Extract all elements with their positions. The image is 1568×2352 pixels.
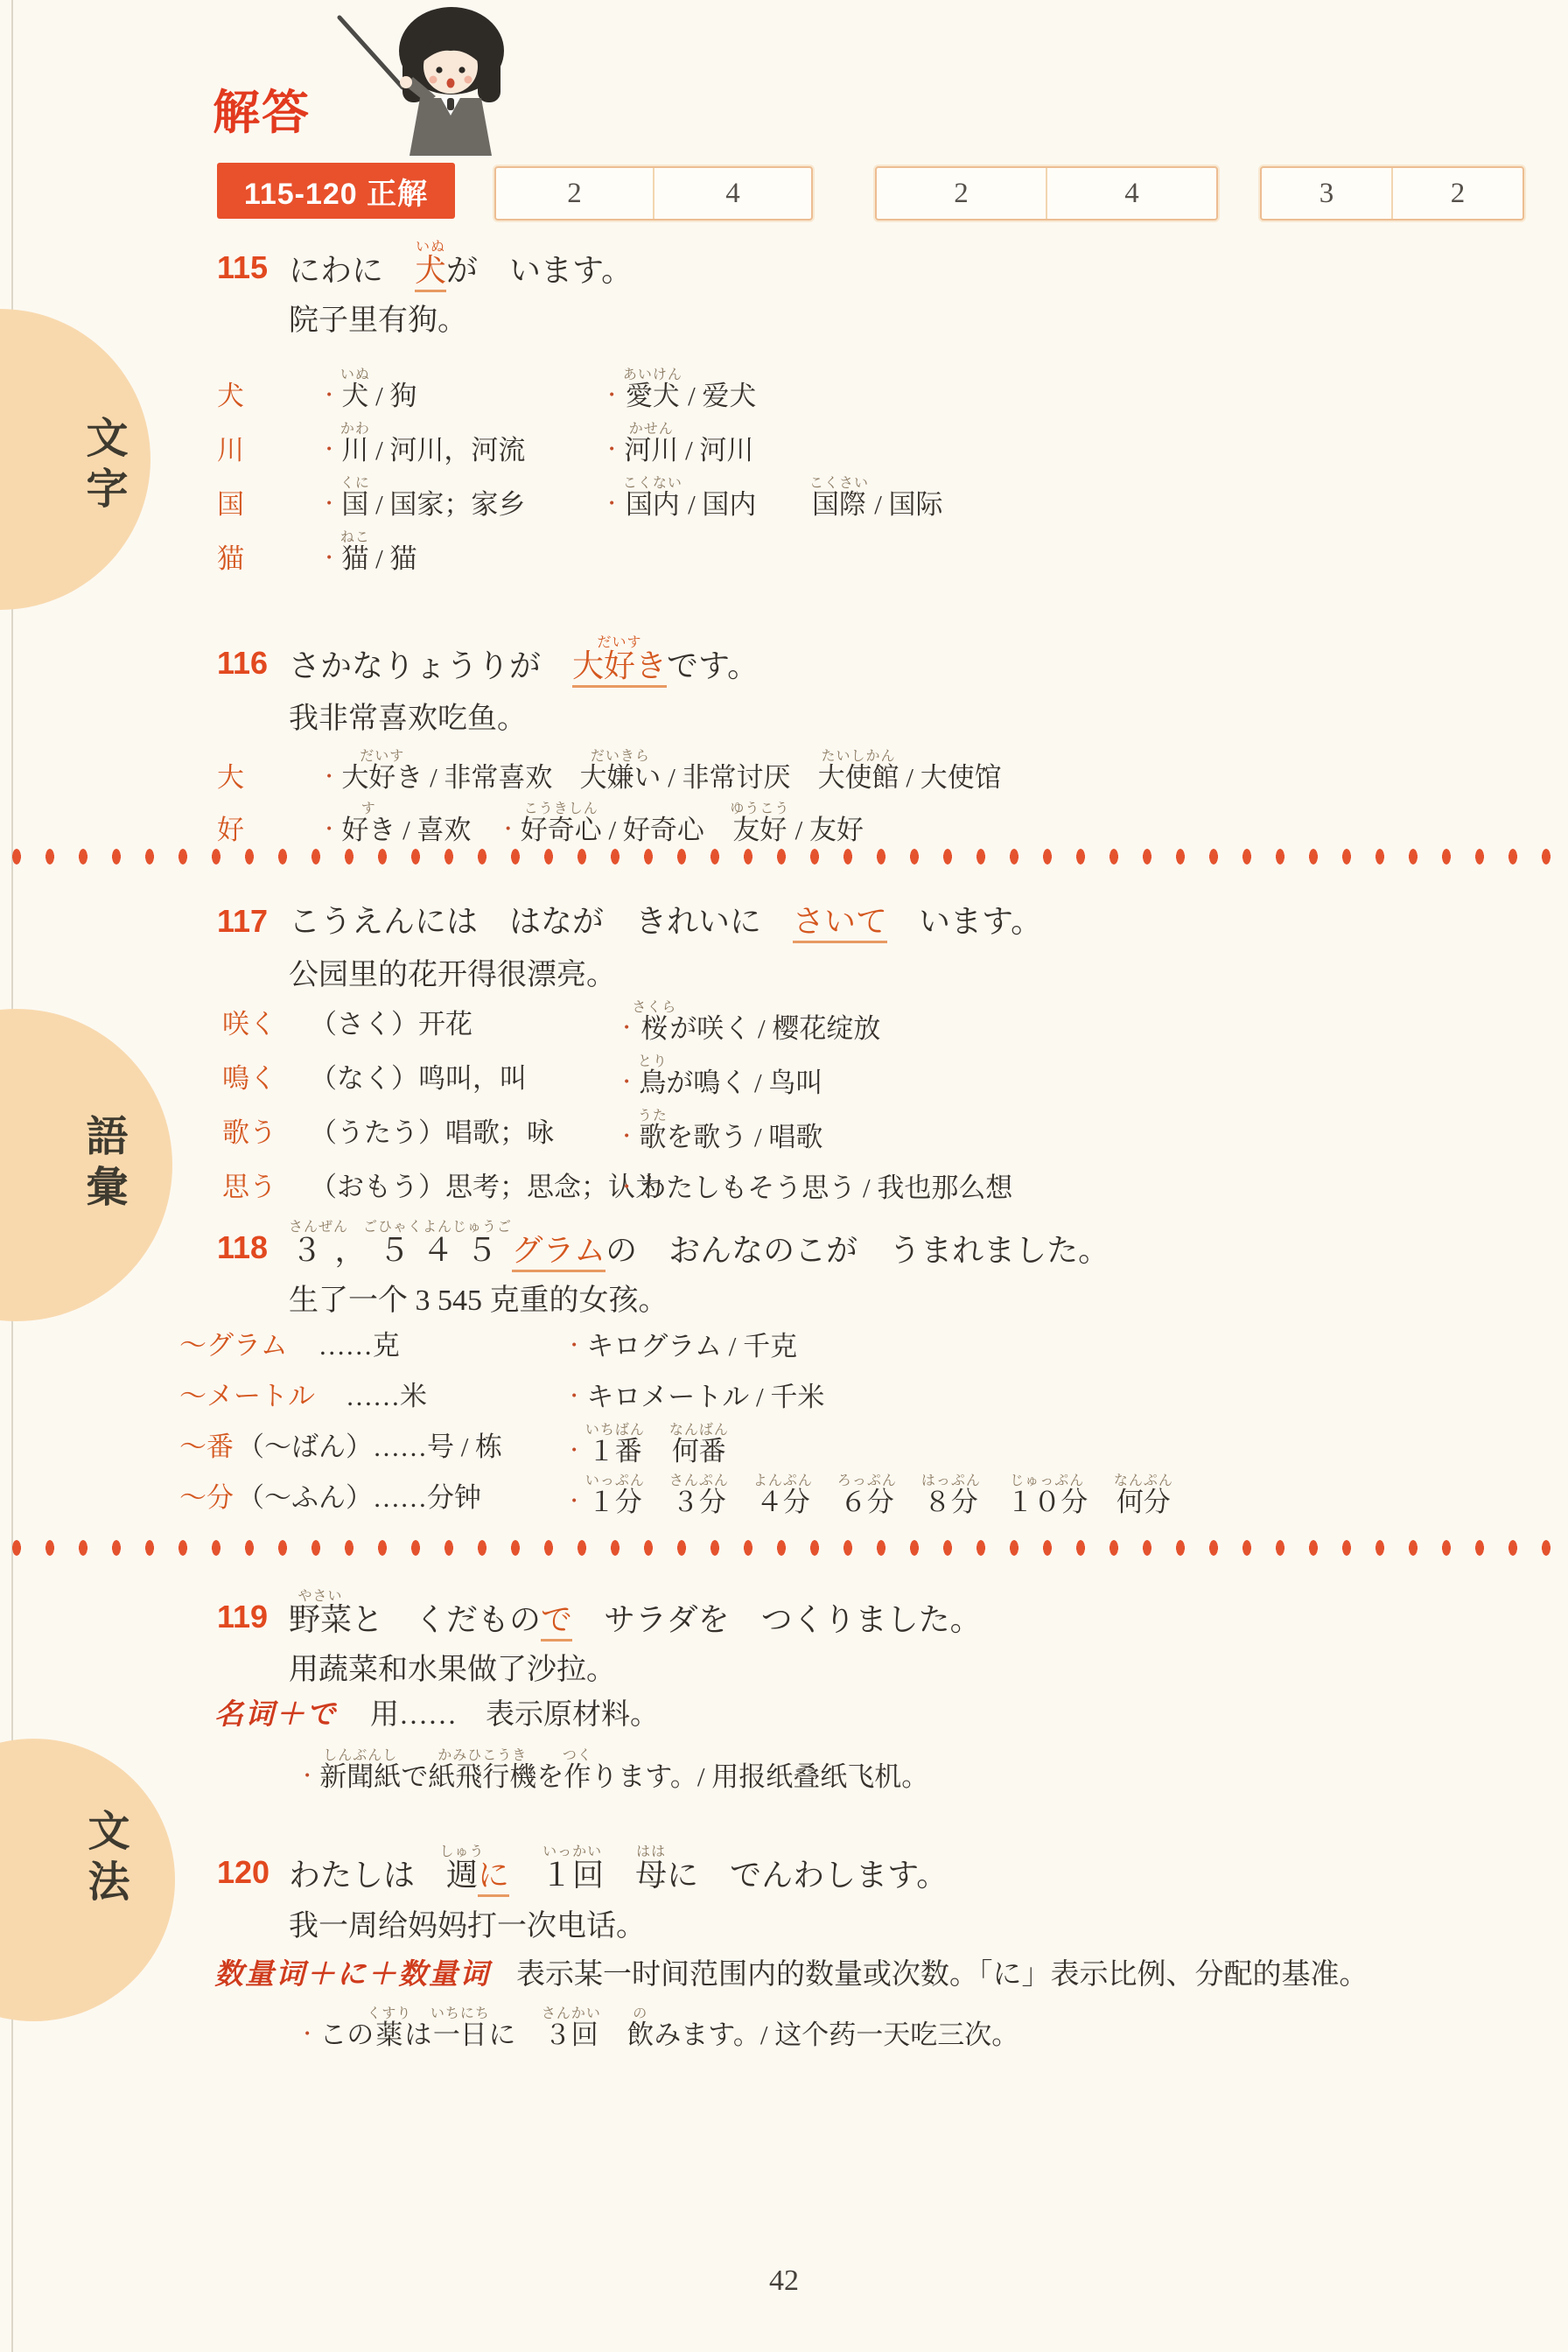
answer-group-2: 2 4 (875, 166, 1218, 220)
vocab-headword: 川 (217, 426, 319, 475)
vocab-headword: 鳴く (222, 1054, 310, 1103)
grammar-point-row: 数量词＋に＋数量词表示某一时间范围内的数量或次数。「に」表示比例、分配的基准。 (214, 1950, 1368, 1999)
answer-cell-116: 4 (653, 168, 811, 219)
vocab-row: 好・好きす / 喜欢 ・好奇心こうきしん / 好奇心 友好ゆうこう / 友好 (217, 801, 864, 850)
vocab-example: ・キログラム / 千克 (564, 1321, 797, 1371)
vocab-example: ・わたしもそう思う / 我也那么想 (617, 1163, 1012, 1213)
vocab-headword: ～番 (179, 1423, 234, 1472)
question-116-number: 116 (217, 635, 268, 691)
vocab-example: ・１分いっぷん ３分さんぷん ４分よんぷん ６分ろっぷん ８分はっぷん １０分じ… (564, 1473, 1173, 1527)
answer-group-1: 2 4 (494, 166, 813, 220)
question-120-number: 120 (217, 1844, 269, 1900)
vocab-entry: ……米 (318, 1381, 427, 1411)
vocab-row: 鳴く（なく）鸣叫，叫 ・鳥とりが鳴く / 鸟叫 (222, 1054, 527, 1103)
vocab-headword: 咲く (222, 1000, 310, 1049)
vocab-entry: ・猫ねこ / 猫 (319, 543, 416, 574)
answer-group-3: 3 2 (1260, 166, 1524, 220)
vocab-headword: ～分 (179, 1473, 234, 1522)
question-115-translation: 院子里有狗。 (289, 302, 467, 340)
answer-cell-115: 2 (496, 168, 653, 219)
vocab-row: ～番（～ばん）……号 / 栋 ・１番いちばん 何番なんばん (179, 1423, 502, 1472)
question-120-translation: 我一周给妈妈打一次电话。 (289, 1907, 646, 1946)
question-120-sentence: わたしは 週しゅうに １回いっかい 母ははに でんわします。 (289, 1844, 948, 1900)
question-118-sentence: ３，５４５さんぜん ごひゃくよんじゅうごグラムの おんなのこが うまれました。 (289, 1220, 1109, 1276)
dotted-separator (0, 1538, 1568, 1557)
question-118-number: 118 (217, 1220, 268, 1276)
vocab-row: 歌う（うたう）唱歌；咏 ・歌うたを歌う / 唱歌 (222, 1109, 554, 1158)
answers-title: 解答 (213, 75, 311, 143)
answer-cell-119: 3 (1262, 168, 1391, 219)
vocab-example: ・１番いちばん 何番なんばん (564, 1423, 729, 1476)
question-118-translation: 生了一个 3 545 克重的女孩。 (289, 1282, 668, 1320)
vocab-headword: ～メートル (179, 1372, 315, 1421)
grammar-explanation: 用…… 表示原材料。 (370, 1699, 659, 1731)
sidebar-tab-moji-label: 文字 (73, 416, 133, 517)
question-119-translation: 用蔬菜和水果做了沙拉。 (289, 1651, 616, 1690)
sidebar-tab-goi-label: 語彙 (73, 1114, 133, 1215)
vocab-headword: 国 (217, 480, 319, 529)
vocab-row: ～分（～ふん）……分钟 ・１分いっぷん ３分さんぷん ４分よんぷん ６分ろっぷん… (179, 1473, 481, 1522)
vocab-row: ～グラム ……克 ・キログラム / 千克 (179, 1321, 400, 1370)
sidebar-tab-moji: 文字 (0, 309, 150, 610)
grammar-example: ・この薬くすりは一日いちにちに ３回さんかい 飲のみます。/ 这个药一天吃三次。 (297, 2006, 1018, 2055)
question-117-sentence: こうえんには はなが きれいに さいて います。 (289, 893, 1042, 949)
grammar-pattern: 数量词＋に＋数量词 (214, 1959, 490, 1991)
answer-range-label: 115-120 正解 (217, 163, 455, 219)
vocab-entry: ・川かわ / 河川，河流 (319, 435, 525, 465)
grammar-pattern: 名词＋で (214, 1699, 337, 1731)
vocab-example: ・国内こくない / 国内 国際こくさい / 国际 (602, 476, 943, 529)
vocab-entry: （うたう）唱歌；咏 (310, 1117, 554, 1148)
vocab-entry: （おもう）思考；思念；认为 (310, 1172, 662, 1202)
question-117-number: 117 (217, 893, 268, 949)
question-115-sentence: にわに 犬いぬが います。 (289, 240, 633, 296)
vocab-row: 猫・猫ねこ / 猫 (217, 530, 416, 579)
vocab-example: ・桜さくらが咲く / 樱花绽放 (617, 1000, 880, 1053)
question-116-sentence: さかなりょうりが 大好きだいすです。 (289, 635, 759, 691)
sidebar-tab-bunpo-label: 文法 (74, 1809, 135, 1910)
vocab-example: ・愛犬あいけん / 爱犬 (602, 367, 756, 421)
sidebar-tab-bunpo: 文法 (0, 1739, 175, 2021)
question-119-number: 119 (217, 1589, 268, 1645)
answer-cell-118: 4 (1046, 168, 1216, 219)
vocab-entry: （～ばん）……号 / 栋 (237, 1431, 502, 1462)
vocab-entry: ・国くに / 国家；家乡 (319, 489, 525, 520)
grammar-explanation: 表示某一时间范围内的数量或次数。「に」表示比例、分配的基准。 (516, 1959, 1368, 1991)
page-number: 42 (0, 2264, 1568, 2298)
vocab-headword: 猫 (217, 535, 319, 584)
vocab-example: ・河川かせん / 河川 (602, 422, 753, 475)
vocab-row: ～メートル ……米 ・キロメートル / 千米 (179, 1372, 427, 1421)
vocab-entry: ・大好きだいす / 非常喜欢 大嫌いだいきら / 非常讨厌 大使館たいしかん /… (319, 762, 1002, 793)
vocab-example: ・歌うたを歌う / 唱歌 (617, 1109, 822, 1162)
vocab-entry: （～ふん）……分钟 (237, 1482, 481, 1513)
answer-cell-120: 2 (1391, 168, 1522, 219)
question-116-translation: 我非常喜欢吃鱼。 (289, 700, 527, 738)
vocab-row: 犬・犬いぬ / 狗 ・愛犬あいけん / 爱犬 (217, 367, 416, 416)
vocab-headword: 歌う (222, 1109, 310, 1158)
sidebar-tab-goi: 語彙 (0, 1009, 172, 1321)
dotted-separator (0, 847, 1568, 866)
vocab-entry: （なく）鸣叫，叫 (310, 1063, 527, 1094)
vocab-row: 川・川かわ / 河川，河流 ・河川かせん / 河川 (217, 422, 525, 471)
question-117-translation: 公园里的花开得很漂亮。 (289, 956, 616, 995)
vocab-entry: ・犬いぬ / 狗 (319, 381, 416, 411)
vocab-example: ・鳥とりが鳴く / 鸟叫 (617, 1054, 822, 1108)
vocab-entry: （さく）开花 (310, 1009, 472, 1039)
textbook-page: 文字 語彙 文法 解答 115-120 正解 2 4 (0, 0, 1568, 2352)
question-119-sentence: 野菜やさいと くだもので サラダを つくりました。 (289, 1589, 982, 1645)
vocab-entry: ・好きす / 喜欢 ・好奇心こうきしん / 好奇心 友好ゆうこう / 友好 (319, 815, 864, 845)
question-115-number: 115 (217, 240, 268, 296)
vocab-row: 国・国くに / 国家；家乡 ・国内こくない / 国内 国際こくさい / 国际 (217, 476, 525, 525)
vocab-entry: ……克 (291, 1330, 400, 1361)
answer-cell-117: 2 (877, 168, 1046, 219)
grammar-example: ・新聞紙しんぶんしで紙飛行機かみひこうきを作つくります。/ 用报纸叠纸飞机。 (297, 1748, 928, 1797)
vocab-headword: 大 (217, 753, 319, 802)
grammar-point-row: 名词＋で用…… 表示原材料。 (214, 1690, 659, 1739)
vocab-row: 思う（おもう）思考；思念；认为 ・わたしもそう思う / 我也那么想 (222, 1163, 662, 1212)
vocab-example: ・キロメートル / 千米 (564, 1372, 824, 1422)
vocab-headword: 思う (222, 1163, 310, 1212)
vocab-row: 大・大好きだいす / 非常喜欢 大嫌いだいきら / 非常讨厌 大使館たいしかん … (217, 749, 1002, 798)
vocab-headword: ～グラム (179, 1321, 288, 1370)
vocab-headword: 犬 (217, 372, 319, 421)
vocab-row: 咲く（さく）开花 ・桜さくらが咲く / 樱花绽放 (222, 1000, 472, 1049)
teacher-girl-icon (304, 0, 567, 162)
